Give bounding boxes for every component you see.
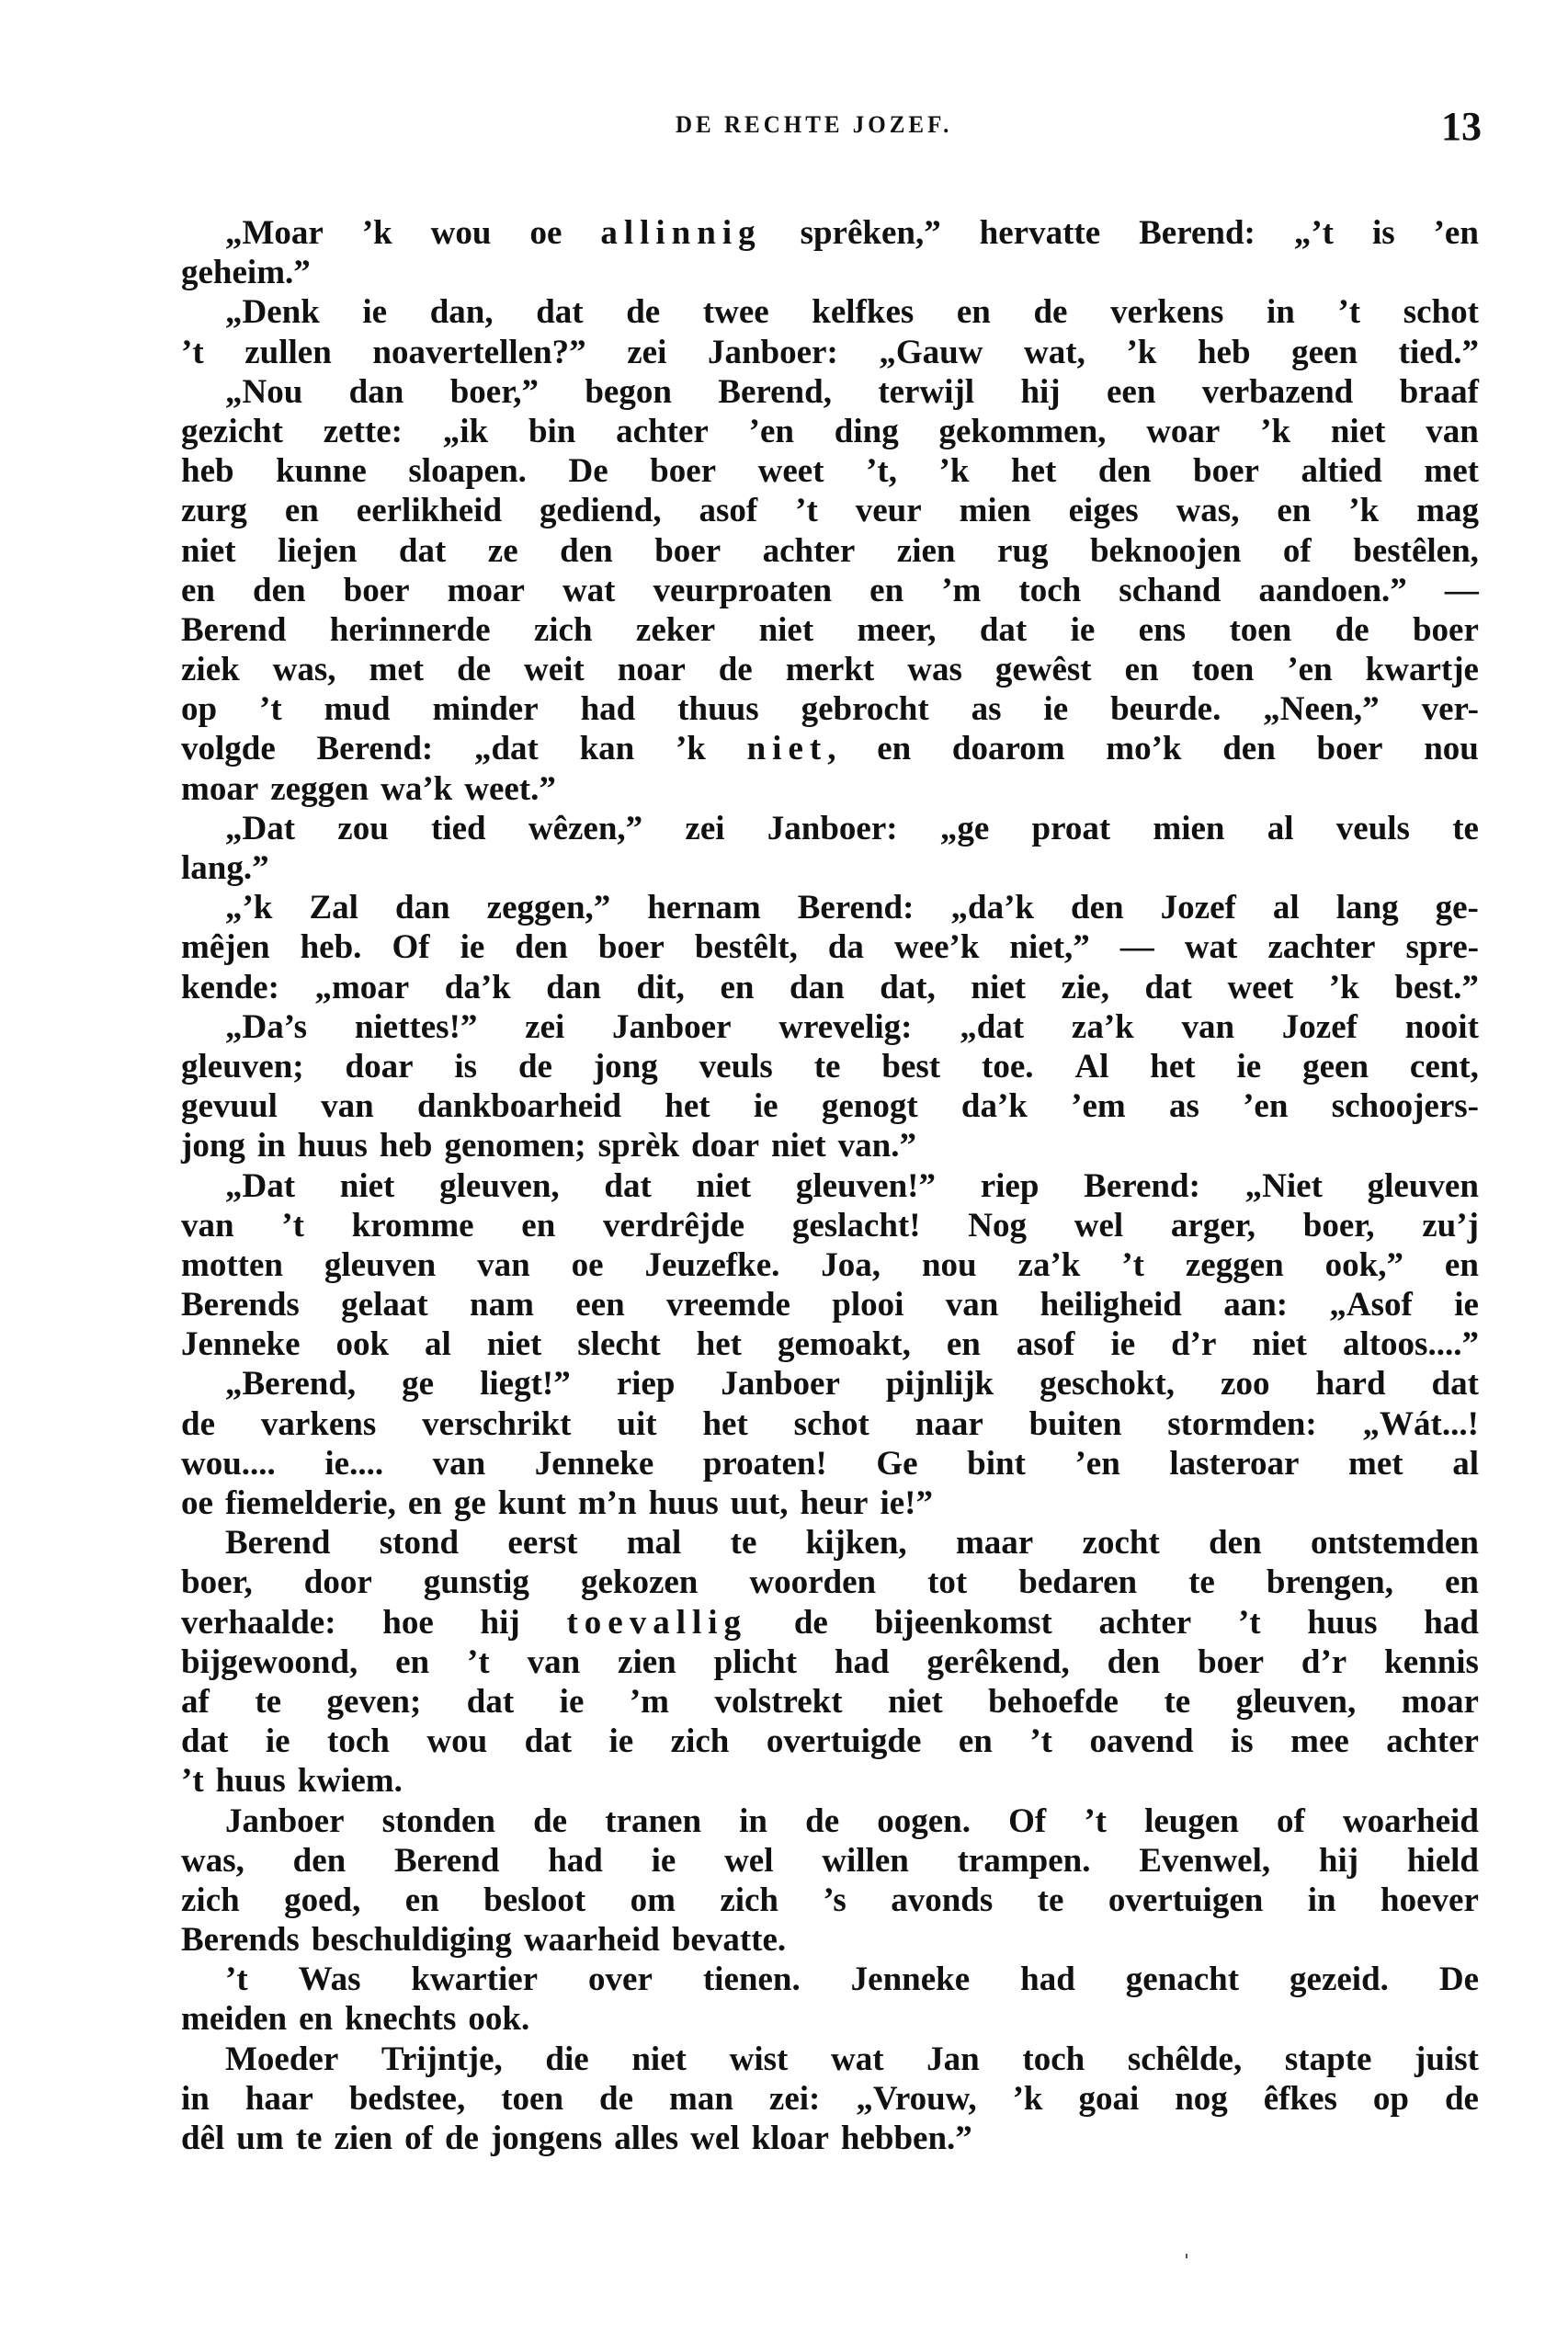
word: en <box>299 1999 333 2039</box>
word: woar <box>1146 412 1220 451</box>
word: besloot <box>483 1881 585 1920</box>
word: dat <box>181 1722 228 1761</box>
text-line: „Datnietgleuven,datnietgleuven!”riepBere… <box>181 1166 1479 1206</box>
word: verhaalde: <box>181 1603 336 1642</box>
word: geschokt, <box>1040 1364 1175 1404</box>
word: kunne <box>276 451 367 491</box>
word: toevallig <box>566 1603 747 1642</box>
text-line: wou....ie....vanJennekeproaten!Gebint’en… <box>181 1444 1479 1483</box>
word: avonds <box>891 1881 993 1920</box>
word: van <box>946 1285 999 1324</box>
word: maar <box>956 1523 1033 1563</box>
word: ’t <box>281 1206 304 1245</box>
word: achter <box>763 531 856 571</box>
emphasis-spaced: niet <box>747 730 828 767</box>
word: is <box>454 1047 477 1086</box>
word: Berend <box>225 1523 330 1563</box>
text-line: bijgewoond,en’tvanzienplichthadgerêkend,… <box>181 1642 1479 1682</box>
word: hard <box>1315 1364 1385 1404</box>
text-line: ’tWaskwartierovertienen.Jennekehadgenach… <box>181 1960 1479 1999</box>
word: gunstig <box>424 1563 529 1602</box>
word: za’k <box>1018 1245 1081 1285</box>
text-line: „’kZaldanzeggen,”hernamBerend:„da’kdenJo… <box>181 888 1479 927</box>
word: ook <box>335 1324 389 1364</box>
word: niet <box>697 1166 752 1206</box>
word: toch <box>1018 571 1081 610</box>
word: dat <box>525 1722 572 1761</box>
word: best <box>881 1047 940 1086</box>
text-line: Berendsgelaatnameenvreemdeplooivanheilig… <box>181 1285 1479 1324</box>
text-line: MoederTrijntje,dienietwistwatJantochschê… <box>181 2040 1479 2079</box>
running-title: DE RECHTE JOZEF. <box>676 112 952 139</box>
word: ge <box>454 1483 486 1523</box>
word: mag <box>1416 491 1479 530</box>
word: ie <box>652 1841 676 1881</box>
word: da’k <box>961 1086 1028 1126</box>
word: haar <box>245 2079 313 2119</box>
text-line: datietochwoudatiezichovertuigdeen’toaven… <box>181 1722 1479 1761</box>
word: dat <box>536 292 583 332</box>
word: zu’j <box>1422 1206 1479 1245</box>
word: te <box>296 2119 323 2158</box>
word: dêl <box>181 2119 224 2158</box>
word: da <box>828 927 864 967</box>
word: kijken, <box>806 1523 907 1563</box>
word: bevatte. <box>672 1920 786 1960</box>
word: ie <box>362 292 387 332</box>
word: ’k <box>1013 2079 1043 2119</box>
word: ziek <box>181 650 240 689</box>
word: Berend, <box>718 372 832 412</box>
word: „Denk <box>225 292 320 332</box>
word: oe <box>181 1483 213 1523</box>
word: mud <box>324 689 391 729</box>
word: wou <box>426 1722 487 1761</box>
word: te <box>1164 1682 1190 1722</box>
word: zei <box>525 1007 564 1047</box>
word: woarheid <box>1343 1801 1479 1841</box>
word: wat <box>1185 927 1238 967</box>
word: Jenneke <box>535 1444 654 1483</box>
text-line: meidenenknechtsook. <box>181 1999 1479 2039</box>
word: een <box>1107 372 1155 412</box>
word: hernam <box>647 888 760 927</box>
word: „dat <box>960 1007 1024 1047</box>
word: boer <box>1193 451 1259 491</box>
word: ’t <box>1238 1603 1261 1642</box>
word: met <box>1348 1444 1403 1483</box>
word: waarheid <box>524 1920 660 1960</box>
word: eerst <box>507 1523 577 1563</box>
word: dat, <box>880 968 936 1007</box>
word: sloapen. <box>408 451 527 491</box>
text-line: volgdeBerend:„datkan’kniet,endoarommo’kd… <box>181 729 1479 768</box>
word: verdrêjde <box>603 1206 744 1245</box>
word: dat <box>980 610 1027 650</box>
word: den <box>1071 888 1124 927</box>
word: wist <box>730 2040 789 2079</box>
word: proat <box>1032 809 1111 848</box>
word: toen <box>501 2079 563 2119</box>
word: goed, <box>284 1881 360 1920</box>
word: ’t <box>259 689 282 729</box>
word: Berend: <box>317 729 434 768</box>
word: Janboer <box>721 1364 840 1404</box>
word: „Dat <box>225 809 295 848</box>
text-line: „Moar’kwouoeallinnigsprêken,”hervatteBer… <box>181 213 1479 253</box>
word: gleuven, <box>1236 1682 1357 1722</box>
word: Berend: <box>798 888 915 927</box>
word: achter <box>1386 1722 1479 1761</box>
word: kelfkes <box>812 292 914 332</box>
word: zich <box>181 1881 240 1920</box>
word: veurproaten <box>653 571 833 610</box>
word: van <box>433 1444 486 1483</box>
word: hield <box>1407 1841 1479 1881</box>
word: behoefde <box>988 1682 1119 1722</box>
word: Was <box>299 1960 361 1999</box>
word: „Dat <box>225 1166 295 1206</box>
word: geen <box>1302 1047 1369 1086</box>
word: beknoojen <box>1090 531 1241 571</box>
text-line: nietliejendatzedenboerachterzienrugbekno… <box>181 531 1479 571</box>
word: boer <box>1413 610 1479 650</box>
word: Janboer <box>612 1007 732 1047</box>
word: moar <box>448 571 525 610</box>
word: de <box>533 1801 567 1841</box>
word: allinnig <box>600 213 761 253</box>
word: ie <box>460 927 485 967</box>
word: nou <box>1424 729 1479 768</box>
word: spre- <box>1405 927 1478 967</box>
text-line: hebkunnesloapen.Deboerweet’t,’khetdenboe… <box>181 451 1479 491</box>
word: asof <box>1017 1324 1075 1364</box>
word: kwartje <box>1366 650 1479 689</box>
word: de <box>518 1047 552 1086</box>
word: wou.... <box>181 1444 276 1483</box>
word: dan <box>349 372 404 412</box>
word: niettes!” <box>355 1007 478 1047</box>
word: boer <box>344 571 410 610</box>
word: Jenneke <box>181 1324 301 1364</box>
emphasis-spaced: toevallig <box>566 1604 747 1642</box>
word: „Da’s <box>225 1007 307 1047</box>
word: d’r <box>1301 1642 1346 1682</box>
word: zien <box>897 531 956 571</box>
word: zei: <box>769 2079 820 2119</box>
word: had <box>1020 1960 1075 1999</box>
word: Nog <box>968 1206 1027 1245</box>
word: hoe <box>382 1603 434 1642</box>
word: overtuigen <box>1108 1881 1264 1920</box>
word: wel <box>1074 1206 1123 1245</box>
word: den <box>1108 1642 1161 1682</box>
word: gezeid. <box>1290 1960 1389 1999</box>
word: de <box>719 650 753 689</box>
word: dat <box>1145 968 1192 1007</box>
word: en <box>405 1881 439 1920</box>
word: ie <box>609 1722 634 1761</box>
word: Berend <box>394 1841 499 1881</box>
word: ’t, <box>866 451 897 491</box>
word: had <box>1424 1603 1479 1642</box>
word: begon <box>585 372 672 412</box>
text-line: was,denBerendhadiewelwillentrampen.Evenw… <box>181 1841 1479 1881</box>
word: tied <box>431 809 486 848</box>
text-line: gevuulvandankboarheidhetiegenogtda’k’ema… <box>181 1086 1479 1126</box>
word: ’k <box>1126 333 1156 372</box>
word: het <box>1150 1047 1195 1086</box>
word: zeggen <box>270 769 369 809</box>
word: aandoen.” <box>1258 571 1406 610</box>
word: was, <box>273 650 336 689</box>
word: boer, <box>1303 1206 1375 1245</box>
word: naar <box>915 1404 983 1444</box>
word: lasteroar <box>1169 1444 1299 1483</box>
text-line: Berendsbeschuldigingwaarheidbevatte. <box>181 1920 1479 1960</box>
word: gleuven, <box>439 1166 560 1206</box>
word: hij <box>481 1603 520 1642</box>
text-line: „Noudanboer,”begonBerend,terwijlhijeenve… <box>181 372 1479 412</box>
word: kwartier <box>411 1960 538 1999</box>
word: en <box>957 292 991 332</box>
word: bin <box>528 412 575 451</box>
word: knechts <box>345 1999 456 2039</box>
word: niet <box>888 1682 943 1722</box>
word: niet <box>971 968 1026 1007</box>
word: niet, <box>747 729 836 768</box>
word: wat <box>831 2040 884 2079</box>
word: schêlde, <box>1128 2040 1242 2079</box>
text-line: zurgeneerlikheidgediend,asof’tveurmienei… <box>181 491 1479 530</box>
word: stormden: <box>1167 1404 1316 1444</box>
word: thuus <box>677 689 758 729</box>
word: ’t <box>181 1761 204 1801</box>
word: merkt <box>786 650 875 689</box>
word: vreemde <box>666 1285 790 1324</box>
text-line: devarkensverschriktuithetschotnaarbuiten… <box>181 1404 1479 1444</box>
word: zou <box>337 809 389 848</box>
word: ’em <box>1071 1086 1126 1126</box>
word: motten <box>181 1245 283 1285</box>
word: en <box>395 1642 429 1682</box>
word: ’t <box>1029 1722 1052 1761</box>
word: buiten <box>1029 1404 1122 1444</box>
word: De <box>1439 1960 1479 1999</box>
word: mal <box>627 1523 682 1563</box>
word: had <box>581 689 636 729</box>
word: zich <box>671 1722 730 1761</box>
word: af <box>181 1682 210 1722</box>
word: toen <box>1229 610 1291 650</box>
word: „’t <box>1294 213 1334 253</box>
word: of <box>1277 1801 1305 1841</box>
word: ’en <box>749 412 794 451</box>
word: boer <box>654 531 721 571</box>
word: boer,” <box>450 372 539 412</box>
word: de <box>599 2079 633 2119</box>
word: mien <box>960 491 1031 530</box>
word: den <box>253 571 306 610</box>
word: Jozef <box>1282 1007 1358 1047</box>
word: gediend, <box>540 491 662 530</box>
page-number: 13 <box>1441 103 1482 150</box>
word: Janboer: <box>767 809 898 848</box>
word: Joa, <box>821 1245 881 1285</box>
word: ’t <box>225 1960 248 1999</box>
word: „dat <box>474 729 539 768</box>
word: meiden <box>181 1999 287 2039</box>
word: stond <box>380 1523 459 1563</box>
word: cent, <box>1410 1047 1479 1086</box>
text-line: kende:„moarda’kdandit,endandat,nietzie,d… <box>181 968 1479 1007</box>
word: heb <box>380 1126 433 1165</box>
word: verkens <box>1110 292 1223 332</box>
text-line: mottengleuvenvanoeJeuzefke.Joa,nouza’k’t… <box>181 1245 1479 1285</box>
text-line: Jennekeookalnietslechthetgemoakt,enasofi… <box>181 1324 1479 1364</box>
word: sprêken,” <box>801 213 941 253</box>
word: zullen <box>244 333 332 372</box>
text-line: boer,doorgunstiggekozenwoordentotbedaren… <box>181 1563 1479 1602</box>
word: leugen <box>1144 1801 1239 1841</box>
word: ’t <box>467 1642 490 1682</box>
text-line: verhaalde:hoehijtoevalligdebijeenkomstac… <box>181 1603 1479 1642</box>
word: met <box>1424 451 1479 491</box>
word: zachter <box>1267 927 1375 967</box>
word: hij <box>1020 372 1060 412</box>
word: bijeenkomst <box>875 1603 1052 1642</box>
word: altoos....” <box>1343 1324 1479 1364</box>
word: had <box>835 1642 890 1682</box>
word: oavend <box>1089 1722 1193 1761</box>
word: te <box>814 1047 841 1086</box>
word: niet <box>340 1166 395 1206</box>
text-line: endenboermoarwatveurproatenen’mtochschan… <box>181 571 1479 610</box>
text-line: aftegeven;datie’mvolstrektnietbehoefdete… <box>181 1682 1479 1722</box>
word: heb. <box>301 927 362 967</box>
word: ’t <box>1084 1801 1107 1841</box>
word: mêjen <box>181 927 270 967</box>
text-line: mêjenheb.Ofiedenboerbestêlt,dawee’kniet,… <box>181 927 1479 967</box>
word: Jozef <box>1161 888 1236 927</box>
word: volgde <box>181 729 276 768</box>
word: stonden <box>382 1801 495 1841</box>
word: plicht <box>714 1642 797 1682</box>
word: slecht <box>577 1324 660 1364</box>
word: schot <box>794 1404 869 1444</box>
word: noar <box>618 650 686 689</box>
word: ook. <box>468 1999 529 2039</box>
word: het <box>665 1086 710 1126</box>
word: de <box>1445 2079 1479 2119</box>
word: weet <box>1227 968 1293 1007</box>
word: ie <box>1043 689 1068 729</box>
word: het <box>702 1404 747 1444</box>
word: dit, <box>636 968 684 1007</box>
word: het <box>697 1324 742 1364</box>
word: lang.” <box>181 848 269 888</box>
word: Berends <box>181 1920 300 1960</box>
word: door <box>304 1563 372 1602</box>
word: boer <box>650 451 716 491</box>
word: bestêlen, <box>1353 531 1479 571</box>
word: niet <box>487 1324 542 1364</box>
word: „ik <box>443 412 488 451</box>
word: alles <box>614 2119 678 2158</box>
word: was, <box>181 1841 244 1881</box>
word: woorden <box>749 1563 876 1602</box>
word: wat <box>562 571 616 610</box>
word: bedaren <box>1018 1563 1137 1602</box>
book-page: DE RECHTE JOZEF. 13 „Moar’kwouoeallinnig… <box>0 0 1568 2330</box>
word: altied <box>1301 451 1381 491</box>
word: en <box>1125 650 1159 689</box>
word: heur <box>800 1483 868 1523</box>
word: niet <box>1252 1324 1307 1364</box>
emphasis-spaced: allinnig <box>600 214 761 252</box>
word: — <box>1120 927 1154 967</box>
word: dan, <box>430 292 494 332</box>
text-line: Berendherinnerdezichzekernietmeer,datiee… <box>181 610 1479 650</box>
word: gerêkend, <box>927 1642 1070 1682</box>
word: oe <box>572 1245 604 1285</box>
word: is <box>1231 1722 1254 1761</box>
word: doarom <box>952 729 1065 768</box>
word: den <box>1209 1523 1262 1563</box>
word: achter <box>616 412 709 451</box>
word: den <box>560 531 613 571</box>
word: ’k <box>1329 968 1359 1007</box>
word: za’k <box>1072 1007 1134 1047</box>
word: ge- <box>1436 888 1479 927</box>
word: en <box>521 1206 555 1245</box>
word: noavertellen?” <box>372 333 585 372</box>
word: stapte <box>1285 2040 1372 2079</box>
word: schot <box>1403 292 1479 332</box>
word: Zal <box>309 888 358 927</box>
word: hebben.” <box>841 2119 972 2158</box>
word: toen <box>1192 650 1255 689</box>
word: uut, <box>731 1483 789 1523</box>
word: of <box>404 2119 433 2158</box>
text-line: op’tmudminderhadthuusgebrochtasiebeurde.… <box>181 689 1479 729</box>
word: te <box>1188 1563 1215 1602</box>
word: „moar <box>314 968 409 1007</box>
word: het <box>1011 451 1056 491</box>
word: genomen; <box>444 1126 585 1165</box>
word: riep <box>981 1166 1040 1206</box>
word: goai <box>1078 2079 1139 2119</box>
word: dankboarheid <box>417 1086 621 1126</box>
word: jong <box>181 1126 245 1165</box>
word: en <box>947 1324 981 1364</box>
word: niet <box>759 610 814 650</box>
text-line: oefiemelderie,engekuntm’nhuusuut,heurie!… <box>181 1483 1479 1523</box>
text-line: dêlumtezienofdejongensalleswelkloarhebbe… <box>181 2119 1479 2158</box>
word: nam <box>470 1285 534 1324</box>
word: geheim.” <box>181 253 311 292</box>
body-text: „Moar’kwouoeallinnigsprêken,”hervatteBer… <box>181 213 1479 2158</box>
word: gezicht <box>181 412 283 451</box>
word: of <box>1283 531 1312 571</box>
word: dan <box>395 888 450 927</box>
word: dat <box>399 531 446 571</box>
word: van.” <box>838 1126 916 1165</box>
word: as <box>1169 1086 1199 1126</box>
word: Moeder <box>225 2040 338 2079</box>
text-line: moarzeggenwa’kweet.” <box>181 769 1479 809</box>
word: toe. <box>982 1047 1034 1086</box>
